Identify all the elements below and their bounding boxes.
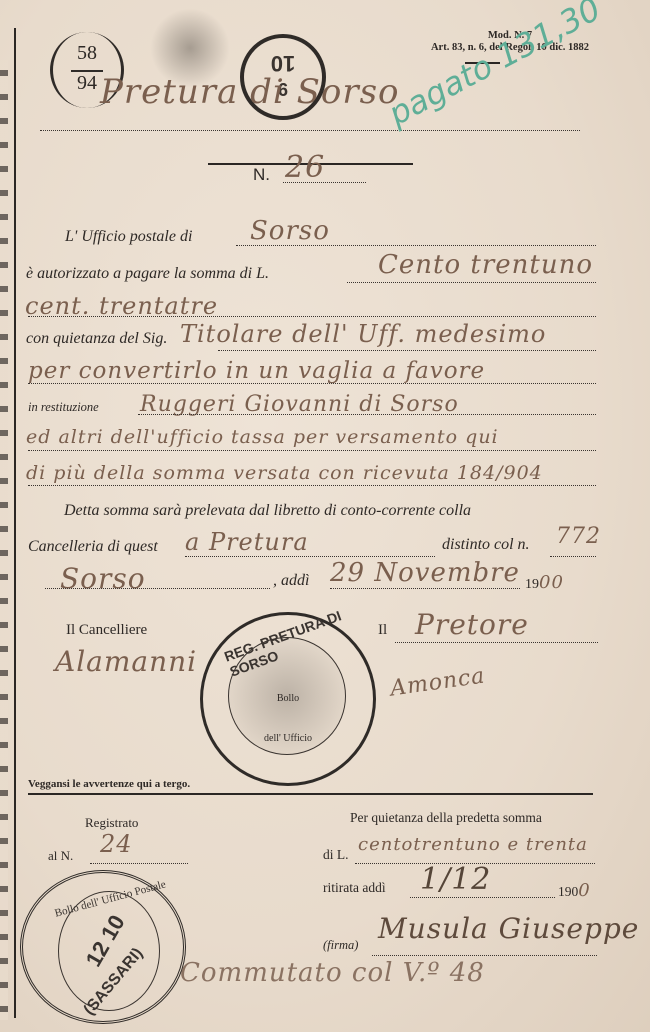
restituzione-line-3	[28, 485, 596, 486]
ritirata-label: ritirata addì	[323, 880, 386, 896]
number-value: 26	[285, 150, 325, 185]
somma-value-1: Cento trentuno	[378, 250, 593, 280]
number-line	[283, 182, 366, 183]
detta-text: Detta somma sarà prelevata dal libretto …	[64, 502, 471, 520]
date-line	[330, 588, 520, 589]
di-l-label: di L.	[323, 847, 349, 863]
restituzione-value-3: di più della somma versata con ricevuta …	[26, 462, 543, 484]
pretura-seal: REG. PRETURA DI SORSO Bollo dell' Uffici…	[200, 612, 376, 786]
al-n-line	[90, 863, 188, 864]
restituzione-value-2: ed altri dell'ufficio tassa per versamen…	[26, 426, 499, 448]
ufficio-line	[236, 245, 596, 246]
ritirata-year-suffix: 0	[578, 880, 590, 901]
quietanza-value-2: per convertirlo in un vaglia a favore	[28, 358, 485, 384]
ritirata-value: 1/12	[420, 862, 491, 897]
postal-stamp: Bollo dell' Ufficio Postale 12 10 (SASSA…	[20, 870, 186, 1024]
office-handwritten: Pretura di Sorso	[100, 72, 400, 112]
pretore-label: Il	[378, 622, 387, 639]
quietanza-line-2	[28, 383, 596, 384]
cancelleria-value: a Pretura	[185, 528, 309, 556]
pretore-value: Pretore	[415, 608, 529, 641]
cancelleria-label: Cancelleria di quest	[28, 538, 158, 556]
number-label: N.	[253, 165, 270, 185]
firma-value: Musula Giuseppe	[378, 912, 639, 945]
addi-label: , addì	[273, 572, 309, 590]
quietanza-value: Titolare dell' Uff. medesimo	[180, 320, 546, 348]
seal-inner-text-2: dell' Ufficio	[203, 733, 373, 744]
distinto-value: 772	[556, 524, 601, 549]
ritirata-year-prefix: 190	[558, 884, 578, 899]
quietanza-label: con quietanza del Sig.	[26, 330, 167, 348]
section-divider	[28, 793, 593, 795]
al-n-value: 24	[100, 830, 133, 858]
distinto-line	[550, 556, 596, 557]
date-value: 29 Novembre	[330, 558, 520, 588]
per-quietanza-label: Per quietanza della predetta somma	[350, 810, 542, 826]
place-value: Sorso	[60, 562, 146, 595]
seal-inner-text-1: Bollo	[203, 693, 373, 704]
firma-line	[372, 955, 597, 956]
place-line	[45, 588, 270, 589]
torn-left-edge	[0, 60, 8, 1020]
notice-text: Veggansi le avvertenze qui a tergo.	[28, 778, 190, 790]
cancelliere-label: Il Cancelliere	[66, 622, 147, 639]
year-suffix: 00	[539, 572, 564, 593]
quietanza-line	[218, 350, 596, 351]
registrato-label: Registrato	[85, 815, 138, 831]
year: 1900	[525, 572, 564, 593]
office-line	[40, 130, 580, 131]
di-l-value: centotrentuno e trenta	[358, 834, 588, 855]
year-prefix: 19	[525, 577, 539, 592]
restituzione-label: in restituzione	[28, 400, 99, 415]
somma-label: è autorizzato a pagare la somma di L.	[26, 265, 269, 283]
footer-handwritten-note: Commutato col V.º 48	[180, 958, 485, 988]
ufficio-value: Sorso	[250, 216, 330, 246]
ritirata-line	[410, 897, 555, 898]
ufficio-label: L' Ufficio postale di	[65, 228, 192, 246]
al-n-label: al N.	[48, 848, 73, 864]
left-border-line	[14, 28, 16, 1018]
stamp-top-number: 58	[53, 42, 121, 65]
somma-line-2	[28, 316, 596, 317]
somma-line-1	[347, 282, 596, 283]
distinto-label: distinto col n.	[442, 536, 530, 554]
restituzione-line	[138, 414, 596, 415]
pretore-line	[395, 642, 598, 643]
restituzione-line-2	[28, 450, 596, 451]
cancelliere-signature: Alamanni	[55, 645, 197, 678]
firma-label: (firma)	[323, 938, 358, 953]
ritirata-year: 1900	[558, 880, 591, 901]
cancelleria-line	[185, 556, 435, 557]
